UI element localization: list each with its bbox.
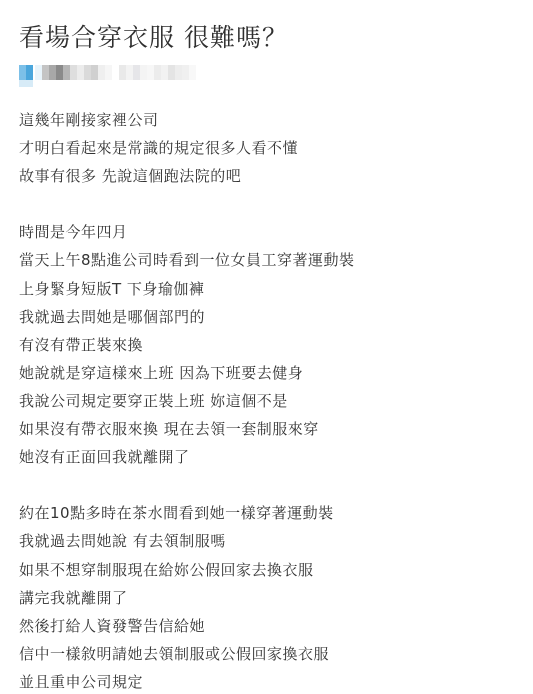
body-line: 約在10點多時在茶水間看到她一樣穿著運動裝 bbox=[19, 499, 519, 527]
body-line: 上身緊身短版T 下身瑜伽褲 bbox=[19, 275, 519, 303]
body-line: 有沒有帶正裝來換 bbox=[19, 331, 519, 359]
paragraph-spacer bbox=[19, 471, 519, 499]
body-line: 時間是今年四月 bbox=[19, 218, 519, 246]
body-line: 信中一樣敘明請她去領制服或公假回家換衣服 bbox=[19, 640, 519, 668]
body-line: 這幾年剛接家裡公司 bbox=[19, 106, 519, 134]
body-line: 故事有很多 先說這個跑法院的吧 bbox=[19, 162, 519, 190]
body-line: 我就過去問她說 有去領制服嗎 bbox=[19, 527, 519, 555]
body-line: 然後打給人資發警告信給她 bbox=[19, 612, 519, 640]
author-name-blurred bbox=[35, 65, 196, 80]
post-body: 這幾年剛接家裡公司 才明白看起來是常識的規定很多人看不懂 故事有很多 先說這個跑… bbox=[19, 106, 519, 694]
avatar-pixel bbox=[26, 65, 33, 80]
post-title: 看場合穿衣服 很難嗎？ bbox=[19, 20, 288, 56]
body-line: 才明白看起來是常識的規定很多人看不懂 bbox=[19, 134, 519, 162]
avatar-pixel bbox=[19, 80, 33, 87]
body-line: 她沒有正面回我就離開了 bbox=[19, 443, 519, 471]
paragraph-spacer bbox=[19, 190, 519, 218]
body-line: 我說公司規定要穿正裝上班 妳這個不是 bbox=[19, 387, 519, 415]
body-line: 如果沒有帶衣服來換 現在去領一套制服來穿 bbox=[19, 415, 519, 443]
body-line: 講完我就離開了 bbox=[19, 584, 519, 612]
body-line: 她說就是穿這樣來上班 因為下班要去健身 bbox=[19, 359, 519, 387]
body-line: 當天上午8點進公司時看到一位女員工穿著運動裝 bbox=[19, 246, 519, 274]
body-line: 我就過去問她是哪個部門的 bbox=[19, 303, 519, 331]
avatar-pixel bbox=[19, 65, 26, 80]
body-line: 並且重申公司規定 bbox=[19, 668, 519, 694]
body-line: 如果不想穿制服現在給妳公假回家去換衣服 bbox=[19, 556, 519, 584]
avatar[interactable] bbox=[19, 65, 33, 87]
author-row[interactable] bbox=[19, 62, 229, 90]
forum-post: 看場合穿衣服 很難嗎？ bbox=[0, 0, 533, 694]
